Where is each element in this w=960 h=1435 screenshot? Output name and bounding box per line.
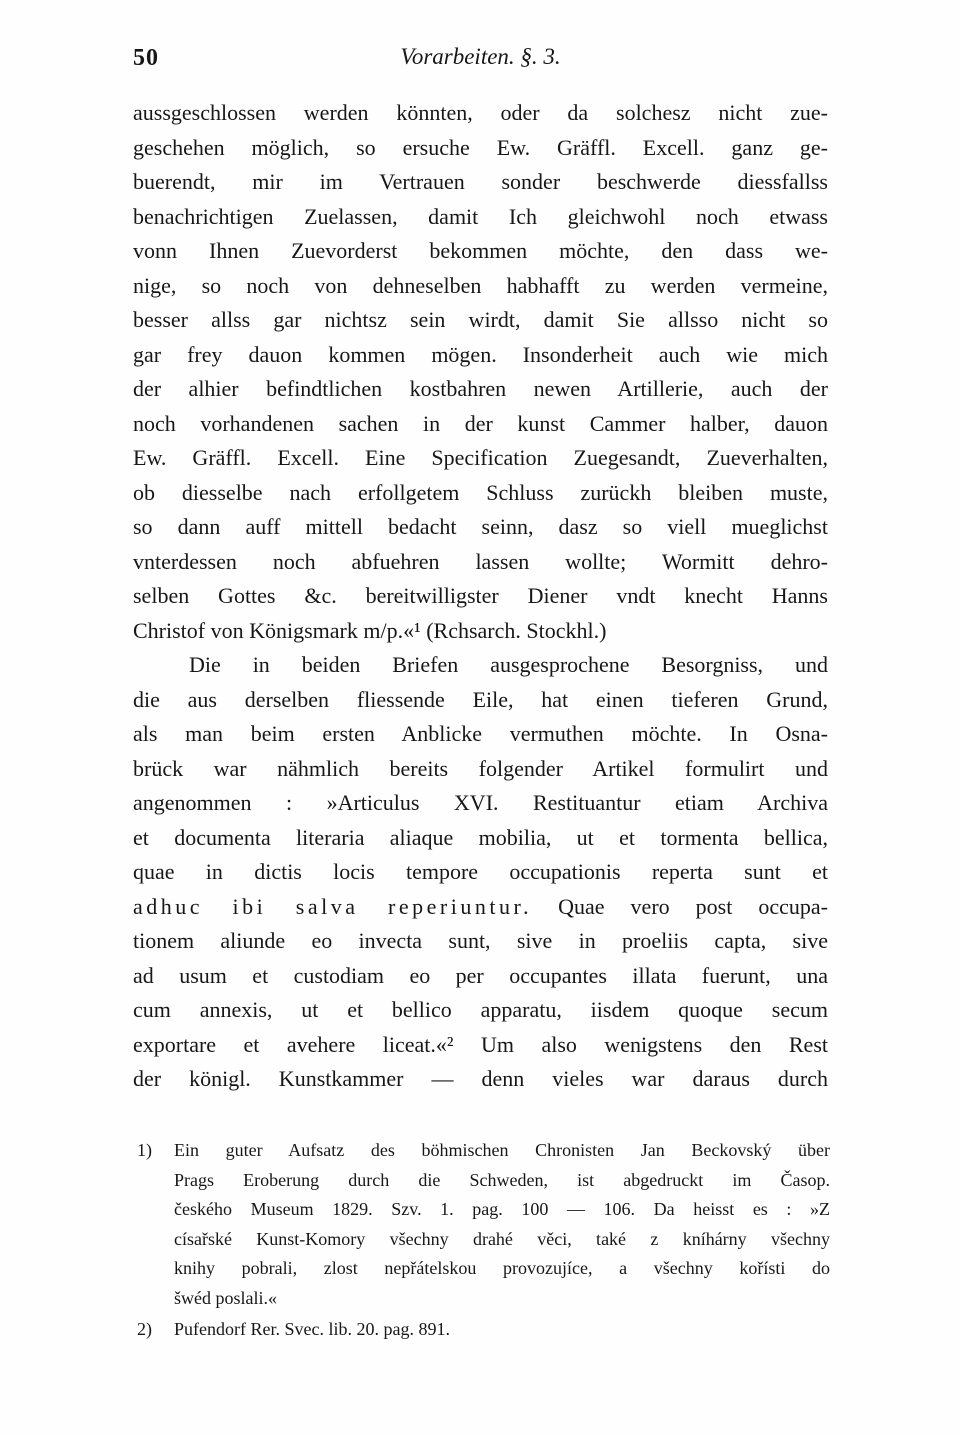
footnote-line: knihy pobrali, zlost nepřátelskou provoz… (174, 1254, 830, 1284)
text-line-signature: Christof von Königsmark m/p.«¹ (Rchsarch… (133, 614, 828, 649)
letterspaced-phrase: adhuc ibi salva reperiuntur. (133, 894, 532, 919)
main-text-block: aussgeschlossen werden könnten, oder da … (133, 96, 828, 1097)
text-line: nige, so noch von dehneselben habhafft z… (133, 269, 828, 304)
running-header: 50 Vorarbeiten. §. 3. (133, 44, 828, 76)
footnote-2-marker: 2) (137, 1315, 174, 1345)
text-line: exportare et avehere liceat.«² Um also w… (133, 1028, 828, 1063)
text-line: aussgeschlossen werden könnten, oder da … (133, 96, 828, 131)
text-line: angenommen : »Articulus XVI. Restituantu… (133, 786, 828, 821)
footnote-1-text: Ein guter Aufsatz des böhmischen Chronis… (174, 1136, 830, 1313)
text-line: besser allss gar nichtsz sein wirdt, dam… (133, 303, 828, 338)
text-line: selben Gottes &c. bereitwilligster Diene… (133, 579, 828, 614)
footnote-line: Ein guter Aufsatz des böhmischen Chronis… (174, 1136, 830, 1166)
text-line: der alhier befindtlichen kostbahren newe… (133, 372, 828, 407)
text-line: ad usum et custodiam eo per occupantes i… (133, 959, 828, 994)
text-line: quae in dictis locis tempore occupationi… (133, 855, 828, 890)
text-line: der königl. Kunstkammer — denn vieles wa… (133, 1062, 828, 1097)
footnote-2-text: Pufendorf Rer. Svec. lib. 20. pag. 891. (174, 1315, 830, 1345)
running-header-title: Vorarbeiten. §. 3. (133, 44, 828, 70)
text-line: so dann auff mittell bedacht seinn, dasz… (133, 510, 828, 545)
footnotes-block: 1) Ein guter Aufsatz des böhmischen Chro… (137, 1136, 830, 1345)
body-paragraph-1: aussgeschlossen werden könnten, oder da … (133, 96, 828, 648)
text-line-paragraph-start: Die in beiden Briefen ausgesprochene Bes… (133, 648, 828, 683)
footnote-line: českého Museum 1829. Szv. 1. pag. 100 — … (174, 1195, 830, 1225)
text-line: geschehen möglich, so ersuche Ew. Gräffl… (133, 131, 828, 166)
text-line: Ew. Gräffl. Excell. Eine Specification Z… (133, 441, 828, 476)
text-line: cum annexis, ut et bellico apparatu, iis… (133, 993, 828, 1028)
body-paragraph-2: Die in beiden Briefen ausgesprochene Bes… (133, 648, 828, 1097)
footnote-line: šwéd poslali.« (174, 1284, 830, 1314)
text-line: tionem aliunde eo invecta sunt, sive in … (133, 924, 828, 959)
text-line: als man beim ersten Anblicke vermuthen m… (133, 717, 828, 752)
footnote-1: 1) Ein guter Aufsatz des böhmischen Chro… (137, 1136, 830, 1313)
text-line: buerendt, mir im Vertrauen sonder beschw… (133, 165, 828, 200)
text-line-letterspaced: adhuc ibi salva reperiuntur. Quae vero p… (133, 890, 828, 925)
line-remainder: Quae vero post occupa- (558, 894, 828, 919)
footnote-line: Pufendorf Rer. Svec. lib. 20. pag. 891. (174, 1315, 830, 1345)
text-line: vnterdessen noch abfuehren lassen wollte… (133, 545, 828, 580)
text-line: ob diesselbe nach erfollgetem Schluss zu… (133, 476, 828, 511)
text-line: vonn Ihnen Zuevorderst bekommen möchte, … (133, 234, 828, 269)
text-line: benachrichtigen Zuelassen, damit Ich gle… (133, 200, 828, 235)
footnote-line: císařské Kunst-Komory všechny drahé věci… (174, 1225, 830, 1255)
text-line: die aus derselben fliessende Eile, hat e… (133, 683, 828, 718)
text-line: brück war nähmlich bereits folgender Art… (133, 752, 828, 787)
footnote-2: 2) Pufendorf Rer. Svec. lib. 20. pag. 89… (137, 1315, 830, 1345)
text-line: gar frey dauon kommen mögen. Insonderhei… (133, 338, 828, 373)
text-line: noch vorhandenen sachen in der kunst Cam… (133, 407, 828, 442)
book-page: 50 Vorarbeiten. §. 3. aussgeschlossen we… (0, 0, 960, 1435)
footnote-1-marker: 1) (137, 1136, 174, 1313)
footnote-line: Prags Eroberung durch die Schweden, ist … (174, 1166, 830, 1196)
page-number: 50 (133, 45, 159, 72)
text-line: et documenta literaria aliaque mobilia, … (133, 821, 828, 856)
